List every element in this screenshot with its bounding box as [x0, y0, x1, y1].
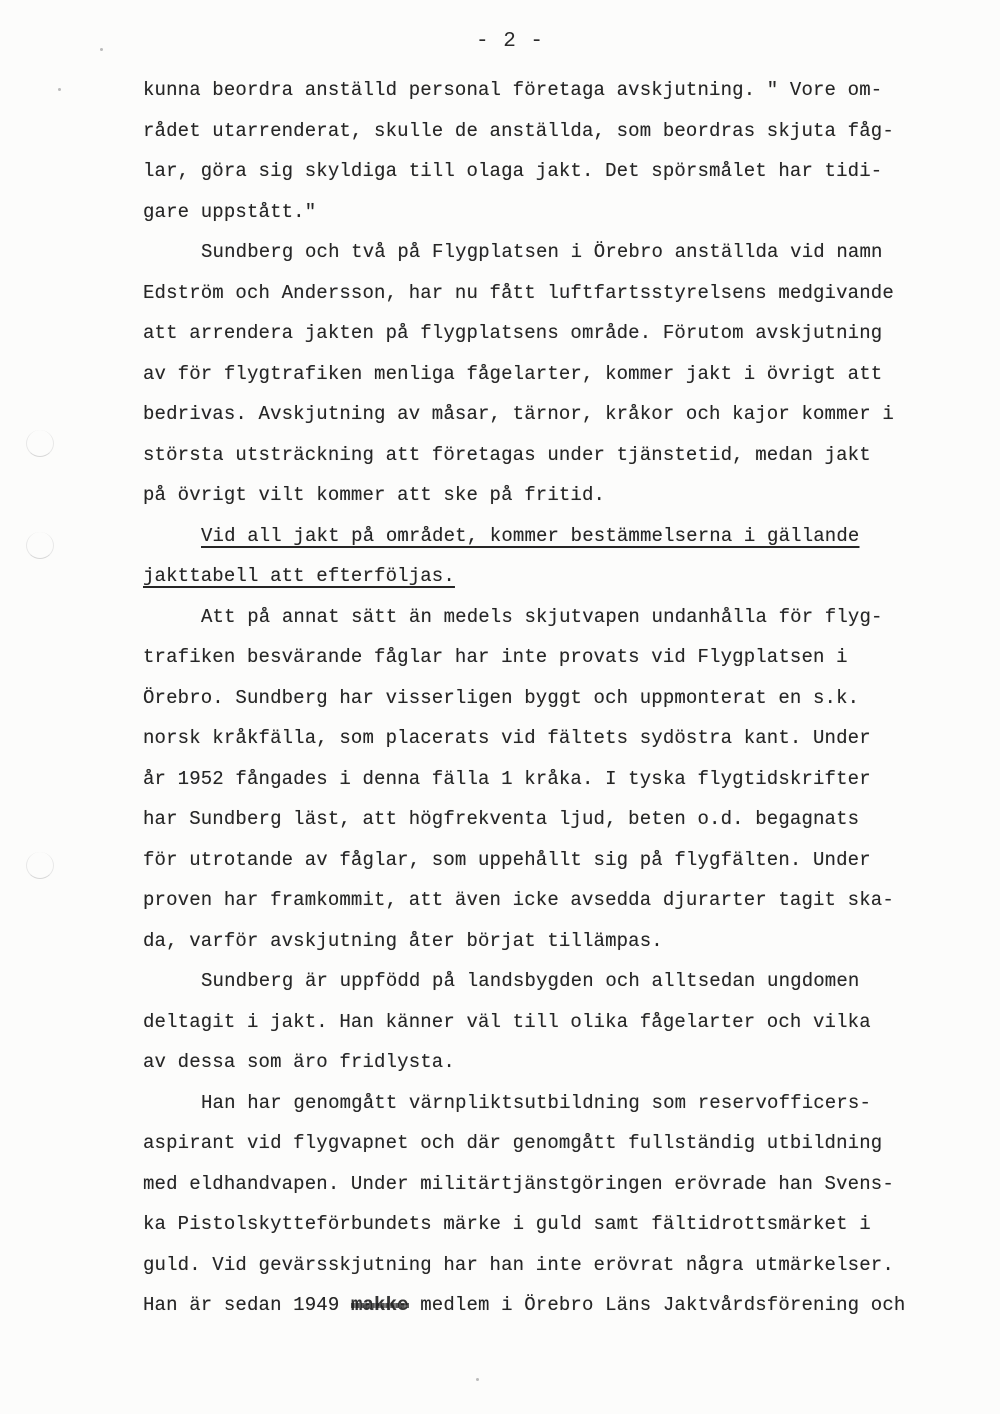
line-text: Att på annat sätt än medels skjutvapen u…: [201, 606, 883, 628]
line-text: da, varför avskjutning åter börjat tillä…: [143, 930, 663, 952]
text-line: da, varför avskjutning åter börjat tillä…: [143, 921, 943, 962]
line-text: Sundberg och två på Flygplatsen i Örebro…: [201, 241, 883, 263]
line-text: kunna beordra anställd personal företaga…: [143, 79, 882, 101]
line-text: gare uppstått.": [143, 201, 316, 223]
line-text: proven har framkommit, att även icke avs…: [143, 889, 894, 911]
text-line: Att på annat sätt än medels skjutvapen u…: [143, 597, 943, 638]
line-text: att arrendera jakten på flygplatsens omr…: [143, 322, 882, 344]
underlined-text: jakttabell att efterföljas.: [143, 565, 455, 587]
line-text: av dessa som äro fridlysta.: [143, 1051, 455, 1073]
line-text: norsk kråkfälla, som placerats vid fälte…: [143, 727, 871, 749]
text-line: med eldhandvapen. Under militärtjänstgör…: [143, 1164, 943, 1205]
line-text: deltagit i jakt. Han känner väl till oli…: [143, 1011, 871, 1033]
text-line: proven har framkommit, att även icke avs…: [143, 880, 943, 921]
text-line: ka Pistolskytteförbundets märke i guld s…: [143, 1204, 943, 1245]
text-line: år 1952 fångades i denna fälla 1 kråka. …: [143, 759, 943, 800]
punch-hole-mark: [26, 430, 54, 457]
text-line: Han är sedan 1949 makke medlem i Örebro …: [143, 1285, 943, 1326]
text-line: att arrendera jakten på flygplatsens omr…: [143, 313, 943, 354]
line-text: Han har genomgått värnpliktsutbildning s…: [201, 1092, 871, 1114]
text-line: Sundberg är uppfödd på landsbygden och a…: [143, 961, 943, 1002]
page-number: - 2 -: [0, 30, 1000, 53]
text-line: Vid all jakt på området, kommer bestämme…: [143, 516, 943, 557]
text-line: Edström och Andersson, har nu fått luftf…: [143, 273, 943, 314]
text-line: lar, göra sig skyldiga till olaga jakt. …: [143, 151, 943, 192]
line-text: på övrigt vilt kommer att ske på fritid.: [143, 484, 605, 506]
line-text: medlem i Örebro Läns Jaktvårdsförening o…: [409, 1294, 906, 1316]
text-line: trafiken besvärande fåglar har inte prov…: [143, 637, 943, 678]
line-text: Örebro. Sundberg har visserligen byggt o…: [143, 687, 859, 709]
line-text: med eldhandvapen. Under militärtjänstgör…: [143, 1173, 894, 1195]
punch-hole-mark: [26, 532, 54, 559]
text-line: har Sundberg läst, att högfrekventa ljud…: [143, 799, 943, 840]
text-line: gare uppstått.": [143, 192, 943, 233]
line-text: av för flygtrafiken menliga fågelarter, …: [143, 363, 882, 385]
text-line: guld. Vid gevärsskjutning har han inte e…: [143, 1245, 943, 1286]
text-line: deltagit i jakt. Han känner väl till oli…: [143, 1002, 943, 1043]
line-text: ka Pistolskytteförbundets märke i guld s…: [143, 1213, 871, 1235]
document-page: - 2 - kunna beordra anställd personal fö…: [0, 0, 1000, 1414]
line-text: aspirant vid flygvapnet och där genomgåt…: [143, 1132, 882, 1154]
line-text: har Sundberg läst, att högfrekventa ljud…: [143, 808, 859, 830]
text-line: jakttabell att efterföljas.: [143, 556, 943, 597]
line-text: för utrotande av fåglar, som uppehållt s…: [143, 849, 871, 871]
text-line: kunna beordra anställd personal företaga…: [143, 70, 943, 111]
line-text: Sundberg är uppfödd på landsbygden och a…: [201, 970, 859, 992]
line-text: största utsträckning att företagas under…: [143, 444, 871, 466]
text-line: norsk kråkfälla, som placerats vid fälte…: [143, 718, 943, 759]
line-text: lar, göra sig skyldiga till olaga jakt. …: [143, 160, 882, 182]
line-text: bedrivas. Avskjutning av måsar, tärnor, …: [143, 403, 894, 425]
text-line: Han har genomgått värnpliktsutbildning s…: [143, 1083, 943, 1124]
line-text: rådet utarrenderat, skulle de anställda,…: [143, 120, 894, 142]
text-line: bedrivas. Avskjutning av måsar, tärnor, …: [143, 394, 943, 435]
text-line: största utsträckning att företagas under…: [143, 435, 943, 476]
text-line: aspirant vid flygvapnet och där genomgåt…: [143, 1123, 943, 1164]
struck-out-word: makke: [351, 1285, 409, 1326]
line-text: trafiken besvärande fåglar har inte prov…: [143, 646, 848, 668]
line-text: Han är sedan 1949: [143, 1294, 351, 1316]
typed-body-text: kunna beordra anställd personal företaga…: [143, 70, 943, 1326]
text-line: på övrigt vilt kommer att ske på fritid.: [143, 475, 943, 516]
text-line: för utrotande av fåglar, som uppehållt s…: [143, 840, 943, 881]
text-line: Sundberg och två på Flygplatsen i Örebro…: [143, 232, 943, 273]
text-line: Örebro. Sundberg har visserligen byggt o…: [143, 678, 943, 719]
paper-speck: [58, 88, 61, 91]
line-text: år 1952 fångades i denna fälla 1 kråka. …: [143, 768, 871, 790]
line-text: Edström och Andersson, har nu fått luftf…: [143, 282, 894, 304]
underlined-text: Vid all jakt på området, kommer bestämme…: [201, 525, 859, 547]
text-line: av dessa som äro fridlysta.: [143, 1042, 943, 1083]
punch-hole-mark: [26, 852, 54, 879]
text-line: rådet utarrenderat, skulle de anställda,…: [143, 111, 943, 152]
line-text: guld. Vid gevärsskjutning har han inte e…: [143, 1254, 894, 1276]
paper-speck: [476, 1378, 479, 1381]
text-line: av för flygtrafiken menliga fågelarter, …: [143, 354, 943, 395]
